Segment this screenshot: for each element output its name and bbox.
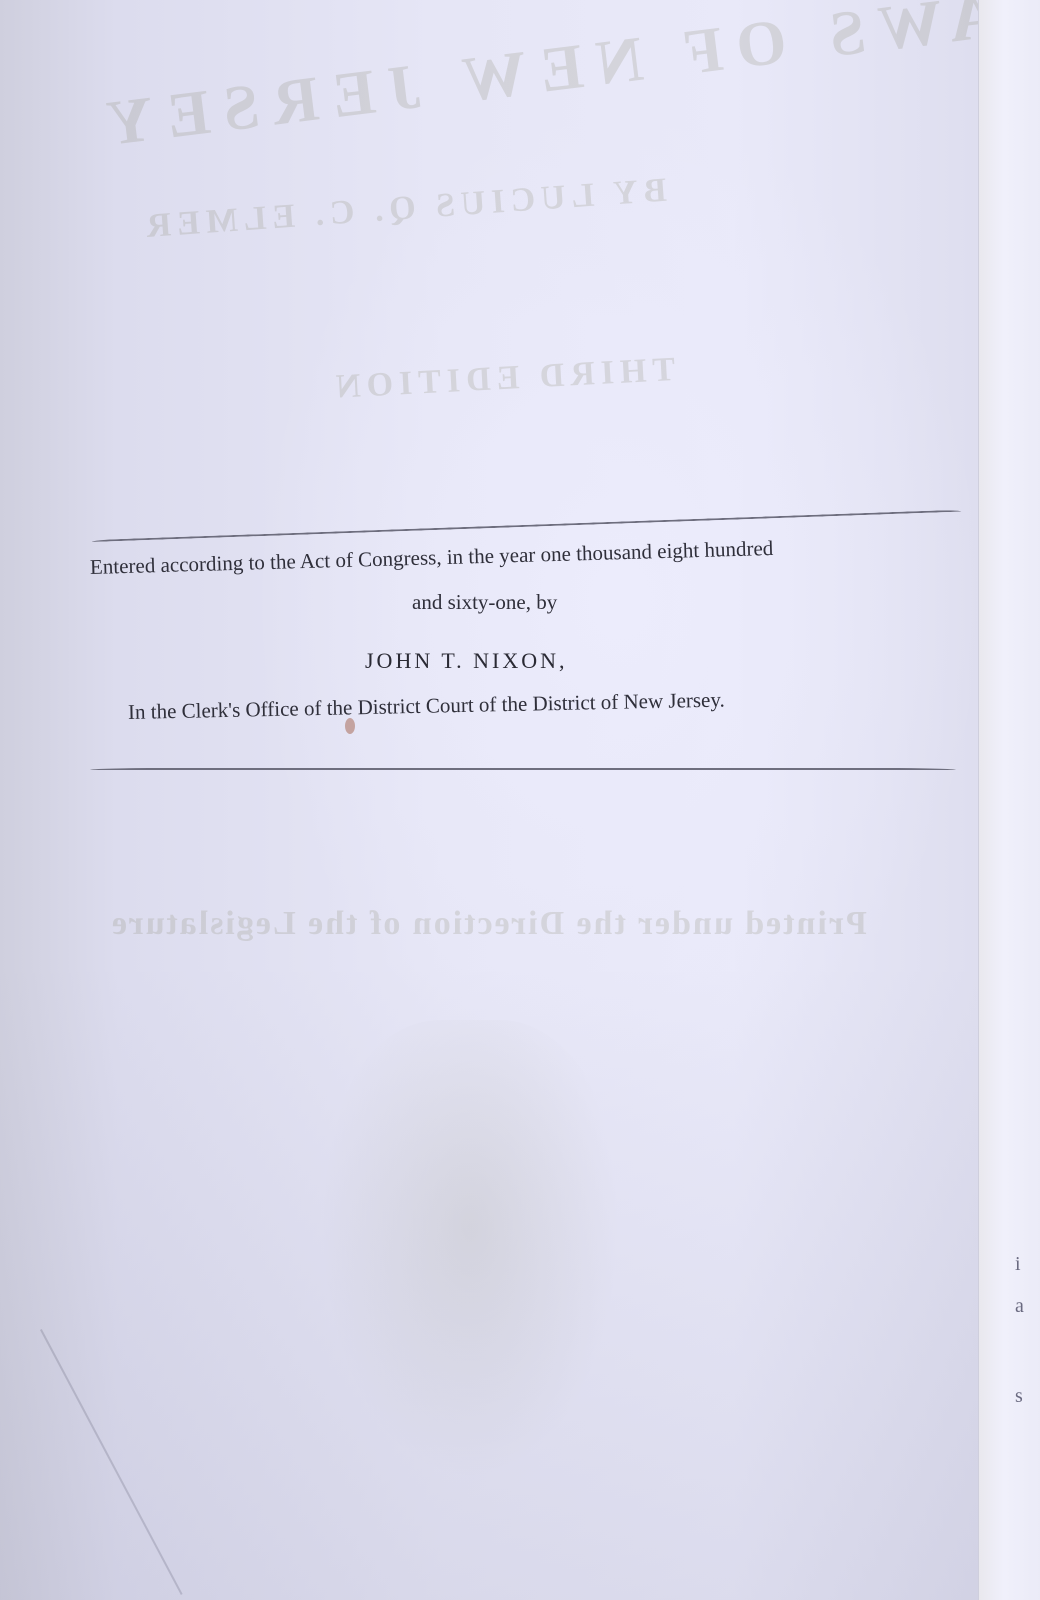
book-page: LAWS OF NEW JERSEY BY LUCIUS Q. C. ELMER… [0,0,978,1600]
copyright-notice: Entered according to the Act of Congress… [0,0,978,1600]
edge-letter: s [1015,1385,1023,1408]
ink-stain [345,718,355,734]
copyright-line-2: and sixty-one, by [412,590,557,615]
edge-letter: a [1015,1295,1024,1318]
copyright-holder-name: JOHN T. NIXON, [365,648,568,674]
next-page-edge: i a s [978,0,1040,1600]
copyright-line-3: In the Clerk's Office of the District Co… [128,683,948,725]
edge-letter: i [1015,1253,1021,1276]
bottom-rule [90,768,956,770]
copyright-line-1: Entered according to the Act of Congress… [90,530,970,580]
